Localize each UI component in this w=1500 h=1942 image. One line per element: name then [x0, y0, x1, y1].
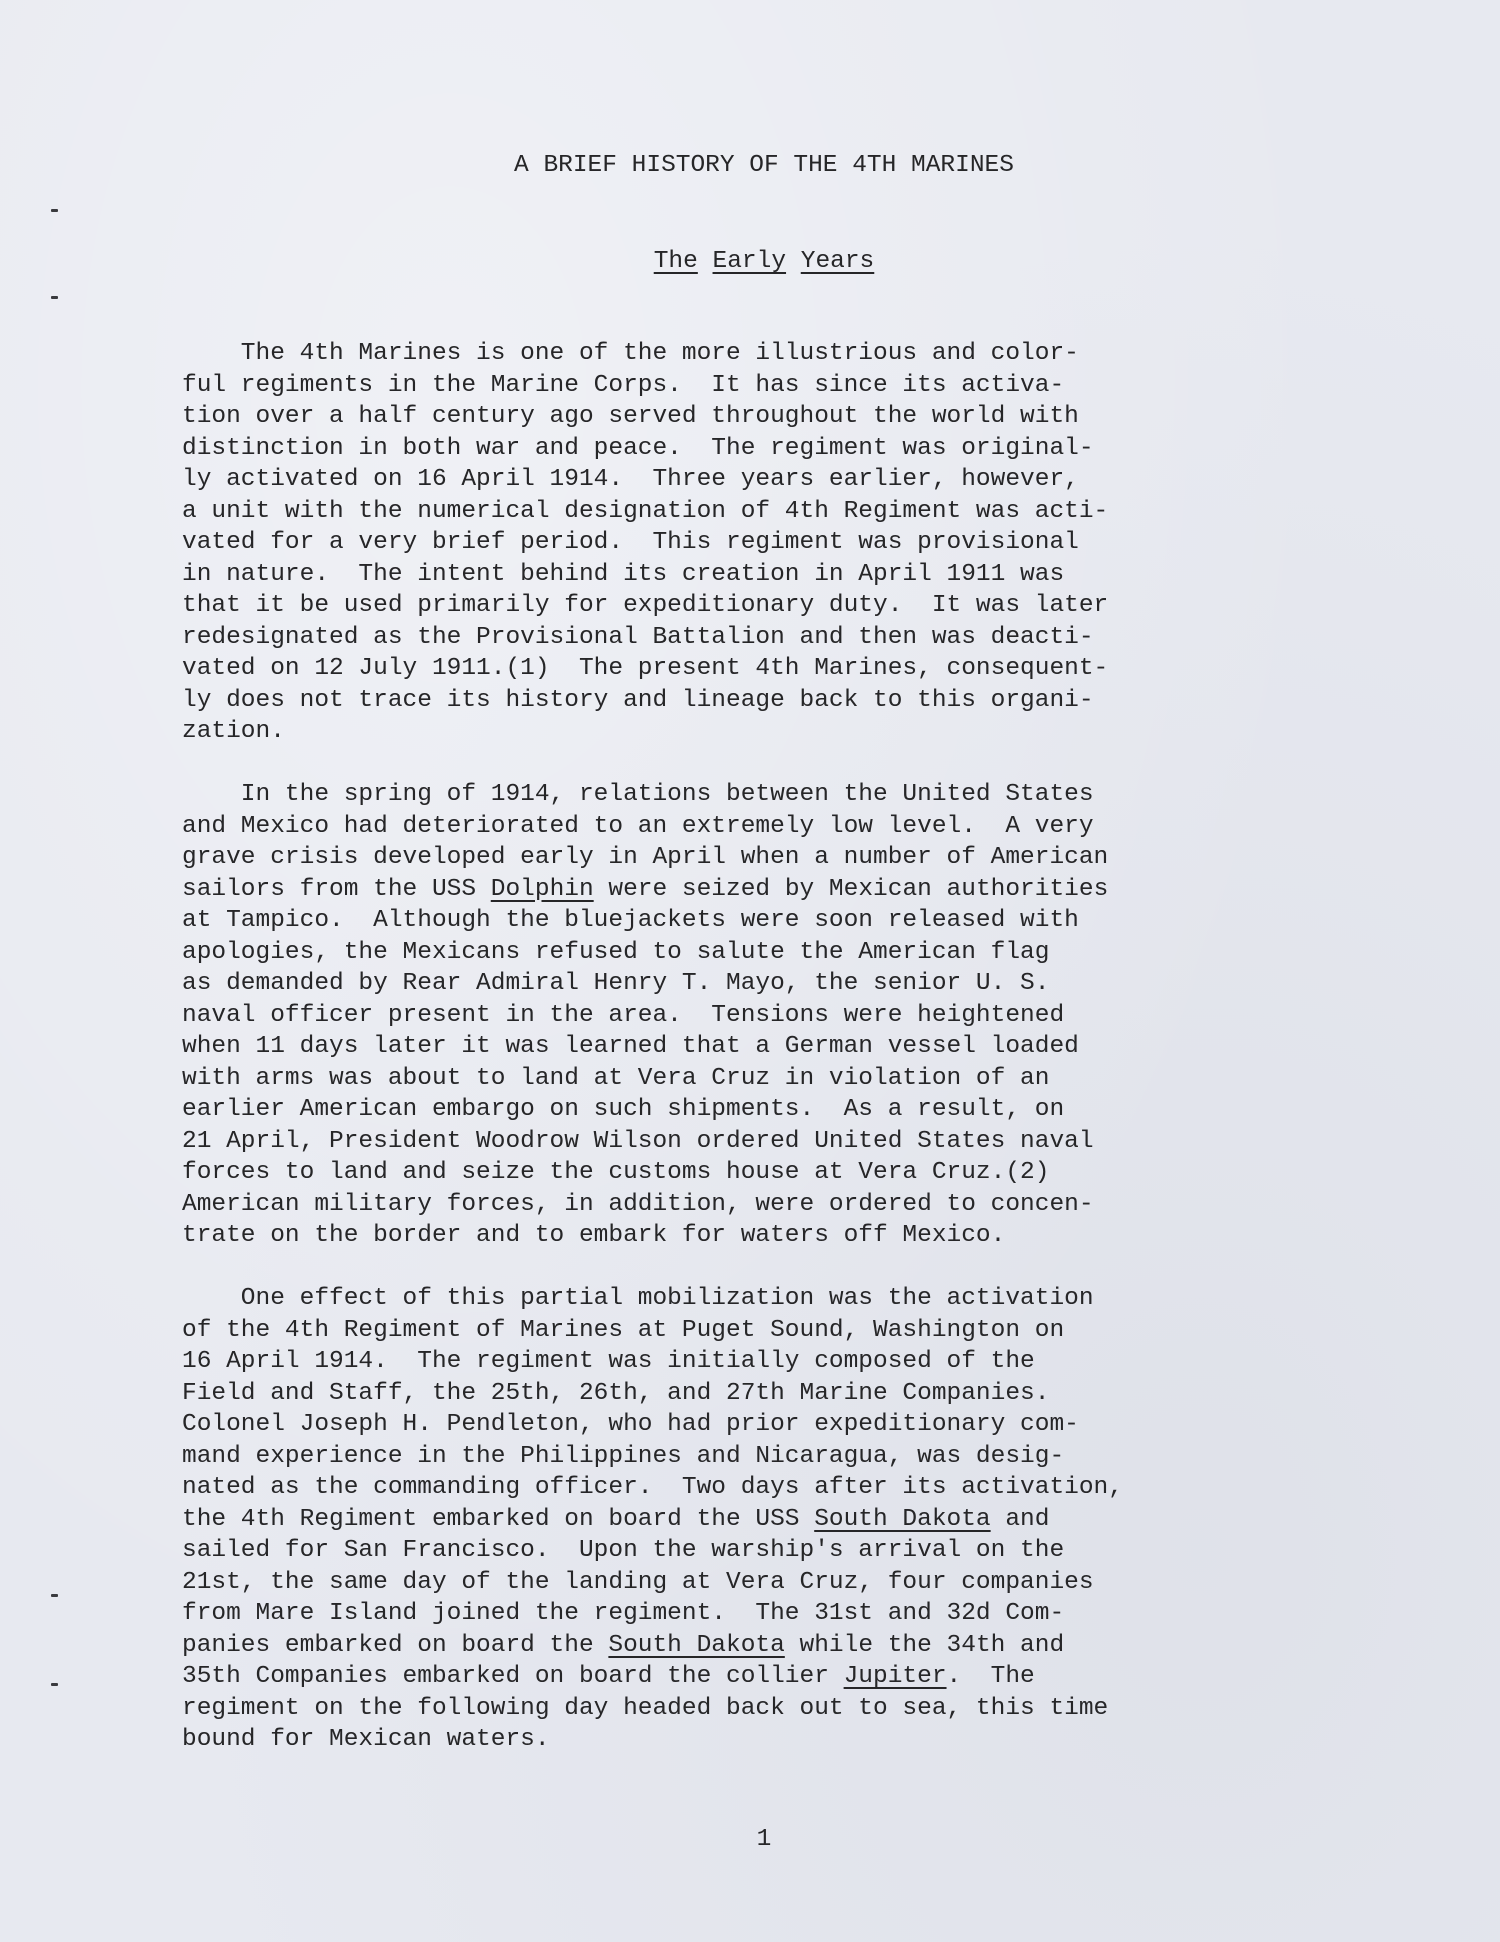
- heading-word: Years: [801, 248, 875, 275]
- text-line: 21st, the same day of the landing at Ver…: [182, 1567, 1382, 1599]
- text-line: mand experience in the Philippines and N…: [182, 1441, 1382, 1473]
- text-line: 35th Companies embarked on board the col…: [182, 1661, 1382, 1693]
- text-line: as demanded by Rear Admiral Henry T. May…: [182, 968, 1382, 1000]
- paragraph: In the spring of 1914, relations between…: [182, 779, 1382, 1252]
- text-line: of the 4th Regiment of Marines at Puget …: [182, 1315, 1382, 1347]
- document-title: A BRIEF HISTORY OF THE 4TH MARINES: [0, 152, 1500, 179]
- text-line: forces to land and seize the customs hou…: [182, 1157, 1382, 1189]
- text-line: vated for a very brief period. This regi…: [182, 527, 1382, 559]
- text-line: a unit with the numerical designation of…: [182, 496, 1382, 528]
- underlined-ship-name: Dolphin: [491, 876, 594, 903]
- text-line: from Mare Island joined the regiment. Th…: [182, 1598, 1382, 1630]
- text-line: 16 April 1914. The regiment was initiall…: [182, 1346, 1382, 1378]
- text-line: with arms was about to land at Vera Cruz…: [182, 1063, 1382, 1095]
- text-segment: and: [991, 1506, 1050, 1533]
- text-line: earlier American embargo on such shipmen…: [182, 1094, 1382, 1126]
- text-line: redesignated as the Provisional Battalio…: [182, 622, 1382, 654]
- text-line: vated on 12 July 1911.(1) The present 4t…: [182, 653, 1382, 685]
- margin-mark: [51, 209, 58, 212]
- text-line: Colonel Joseph H. Pendleton, who had pri…: [182, 1409, 1382, 1441]
- text-line: 21 April, President Woodrow Wilson order…: [182, 1126, 1382, 1158]
- text-segment: while the 34th and: [785, 1632, 1064, 1659]
- text-line: sailed for San Francisco. Upon the warsh…: [182, 1535, 1382, 1567]
- text-line: when 11 days later it was learned that a…: [182, 1031, 1382, 1063]
- text-segment: 35th Companies embarked on board the col…: [182, 1663, 844, 1690]
- text-line: ful regiments in the Marine Corps. It ha…: [182, 370, 1382, 402]
- text-line: One effect of this partial mobilization …: [182, 1283, 1382, 1315]
- text-line: regiment on the following day headed bac…: [182, 1693, 1382, 1725]
- margin-mark: [51, 1594, 58, 1597]
- text-line: Field and Staff, the 25th, 26th, and 27t…: [182, 1378, 1382, 1410]
- text-line: ly activated on 16 April 1914. Three yea…: [182, 464, 1382, 496]
- text-line: the 4th Regiment embarked on board the U…: [182, 1504, 1382, 1536]
- text-line: ly does not trace its history and lineag…: [182, 685, 1382, 717]
- text-segment: sailors from the USS: [182, 876, 491, 903]
- text-line: American military forces, in addition, w…: [182, 1189, 1382, 1221]
- margin-mark: [51, 1683, 58, 1686]
- text-line: trate on the border and to embark for wa…: [182, 1220, 1382, 1252]
- text-line: naval officer present in the area. Tensi…: [182, 1000, 1382, 1032]
- underlined-ship-name: South Dakota: [608, 1632, 784, 1659]
- text-line: at Tampico. Although the bluejackets wer…: [182, 905, 1382, 937]
- margin-mark: [51, 296, 58, 299]
- text-line: grave crisis developed early in April wh…: [182, 842, 1382, 874]
- text-line: sailors from the USS Dolphin were seized…: [182, 874, 1382, 906]
- text-line: that it be used primarily for expedition…: [182, 590, 1382, 622]
- section-heading: The Early Years: [0, 248, 1500, 275]
- body-text: The 4th Marines is one of the more illus…: [182, 338, 1382, 1787]
- underlined-ship-name: South Dakota: [814, 1506, 990, 1533]
- text-line: apologies, the Mexicans refused to salut…: [182, 937, 1382, 969]
- text-line: zation.: [182, 716, 1382, 748]
- heading-word: The: [654, 248, 698, 275]
- text-line: bound for Mexican waters.: [182, 1724, 1382, 1756]
- heading-word: Early: [713, 248, 787, 275]
- text-line: nated as the commanding officer. Two day…: [182, 1472, 1382, 1504]
- paragraph: The 4th Marines is one of the more illus…: [182, 338, 1382, 748]
- text-line: panies embarked on board the South Dakot…: [182, 1630, 1382, 1662]
- text-line: distinction in both war and peace. The r…: [182, 433, 1382, 465]
- text-line: in nature. The intent behind its creatio…: [182, 559, 1382, 591]
- document-page: A BRIEF HISTORY OF THE 4TH MARINES The E…: [0, 0, 1500, 1942]
- text-segment: the 4th Regiment embarked on board the U…: [182, 1506, 814, 1533]
- text-segment: were seized by Mexican authorities: [594, 876, 1109, 903]
- text-segment: panies embarked on board the: [182, 1632, 608, 1659]
- text-line: tion over a half century ago served thro…: [182, 401, 1382, 433]
- text-segment: . The: [947, 1663, 1035, 1690]
- text-line: The 4th Marines is one of the more illus…: [182, 338, 1382, 370]
- text-line: and Mexico had deteriorated to an extrem…: [182, 811, 1382, 843]
- text-line: In the spring of 1914, relations between…: [182, 779, 1382, 811]
- paragraph: One effect of this partial mobilization …: [182, 1283, 1382, 1756]
- page-number: 1: [0, 1826, 1500, 1853]
- underlined-ship-name: Jupiter: [844, 1663, 947, 1690]
